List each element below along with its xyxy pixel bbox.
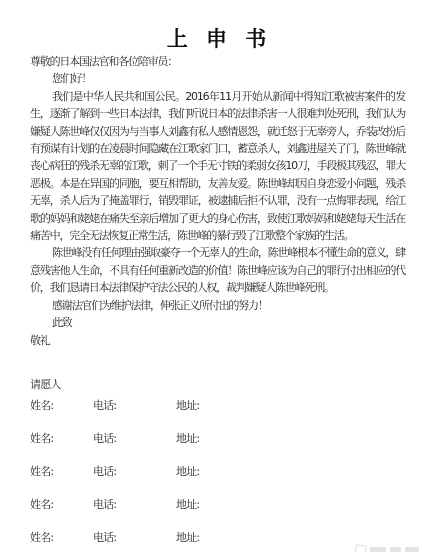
signature-row: 姓名: 电话: 地址:	[30, 463, 405, 481]
salutation-line: 尊敬的日本国法官和各位陪审员：	[30, 53, 405, 70]
name-label: 姓名:	[30, 430, 93, 448]
watermark-mark-icon	[354, 544, 366, 552]
page-title: 上 申 书	[30, 23, 405, 53]
body-paragraph-3: 感谢法官们为维护法律，伸张正义所付出的努力！	[30, 297, 405, 314]
phone-label: 电话:	[93, 529, 176, 547]
petitioner-heading: 请愿人	[30, 376, 405, 394]
name-label: 姓名:	[30, 529, 93, 547]
address-label: 地址:	[176, 463, 405, 481]
signature-row: 姓名: 电话: 地址:	[30, 397, 405, 415]
watermark-text-fragment	[390, 547, 401, 552]
petition-document-page: 上 申 书 尊敬的日本国法官和各位陪审员： 您们好！ 我们是中华人民共和国公民。…	[0, 0, 422, 552]
signature-row: 姓名: 电话: 地址:	[30, 430, 405, 448]
watermark-text-fragment	[405, 547, 419, 552]
name-label: 姓名:	[30, 397, 93, 415]
body-paragraph-1: 我们是中华人民共和国公民。2016年11月开始从新闻中得知江歌被害案件的发生，逐…	[30, 88, 405, 245]
signature-row: 姓名: 电话: 地址:	[30, 496, 405, 514]
closing-salute: 敬礼	[30, 332, 405, 349]
name-label: 姓名:	[30, 463, 93, 481]
address-label: 地址:	[176, 496, 405, 514]
address-label: 地址:	[176, 430, 405, 448]
petitioners-section: 请愿人 姓名: 电话: 地址: 姓名: 电话: 地址: 姓名: 电话: 地址: …	[30, 376, 405, 547]
watermark-text-fragment	[370, 547, 386, 552]
body-paragraph-2: 陈世峰没有任何理由强取豪夺一个无辜人的生命，陈世峰根本不懂生命的意义，肆意残害他…	[30, 244, 405, 296]
phone-label: 电话:	[93, 397, 176, 415]
name-label: 姓名:	[30, 496, 93, 514]
greeting-line: 您们好！	[30, 70, 405, 87]
signature-row: 姓名: 电话: 地址:	[30, 529, 405, 547]
watermark-logo	[355, 545, 419, 552]
phone-label: 电话:	[93, 496, 176, 514]
closing-respectfully: 此致	[30, 314, 405, 331]
address-label: 地址:	[176, 397, 405, 415]
phone-label: 电话:	[93, 463, 176, 481]
phone-label: 电话:	[93, 430, 176, 448]
